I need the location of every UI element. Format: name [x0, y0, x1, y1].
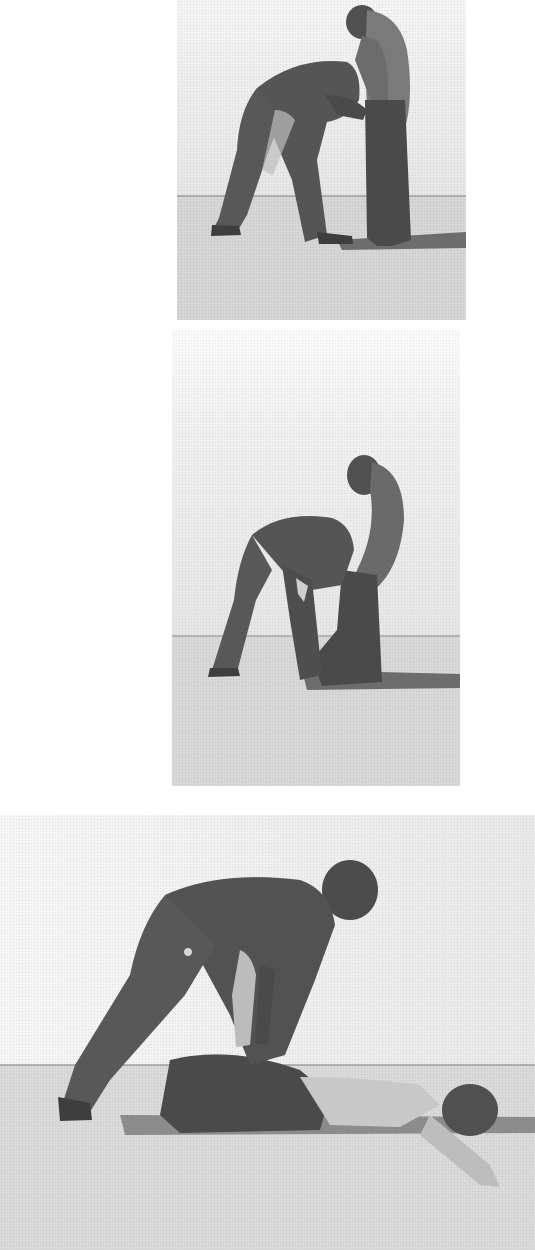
photo-frame-1: Attacker bent forward gripping standing …: [177, 0, 466, 320]
photo-1-image: [177, 0, 466, 320]
photo-2-image: [172, 330, 460, 786]
photo-3-image: [0, 815, 535, 1250]
photo-frame-3: Opponent thrown prone on the floor while…: [0, 815, 535, 1250]
photo-frame-2: Attacker lifting opponent's legs, oppone…: [172, 330, 460, 786]
scanned-page: Attacker bent forward gripping standing …: [0, 0, 535, 1250]
